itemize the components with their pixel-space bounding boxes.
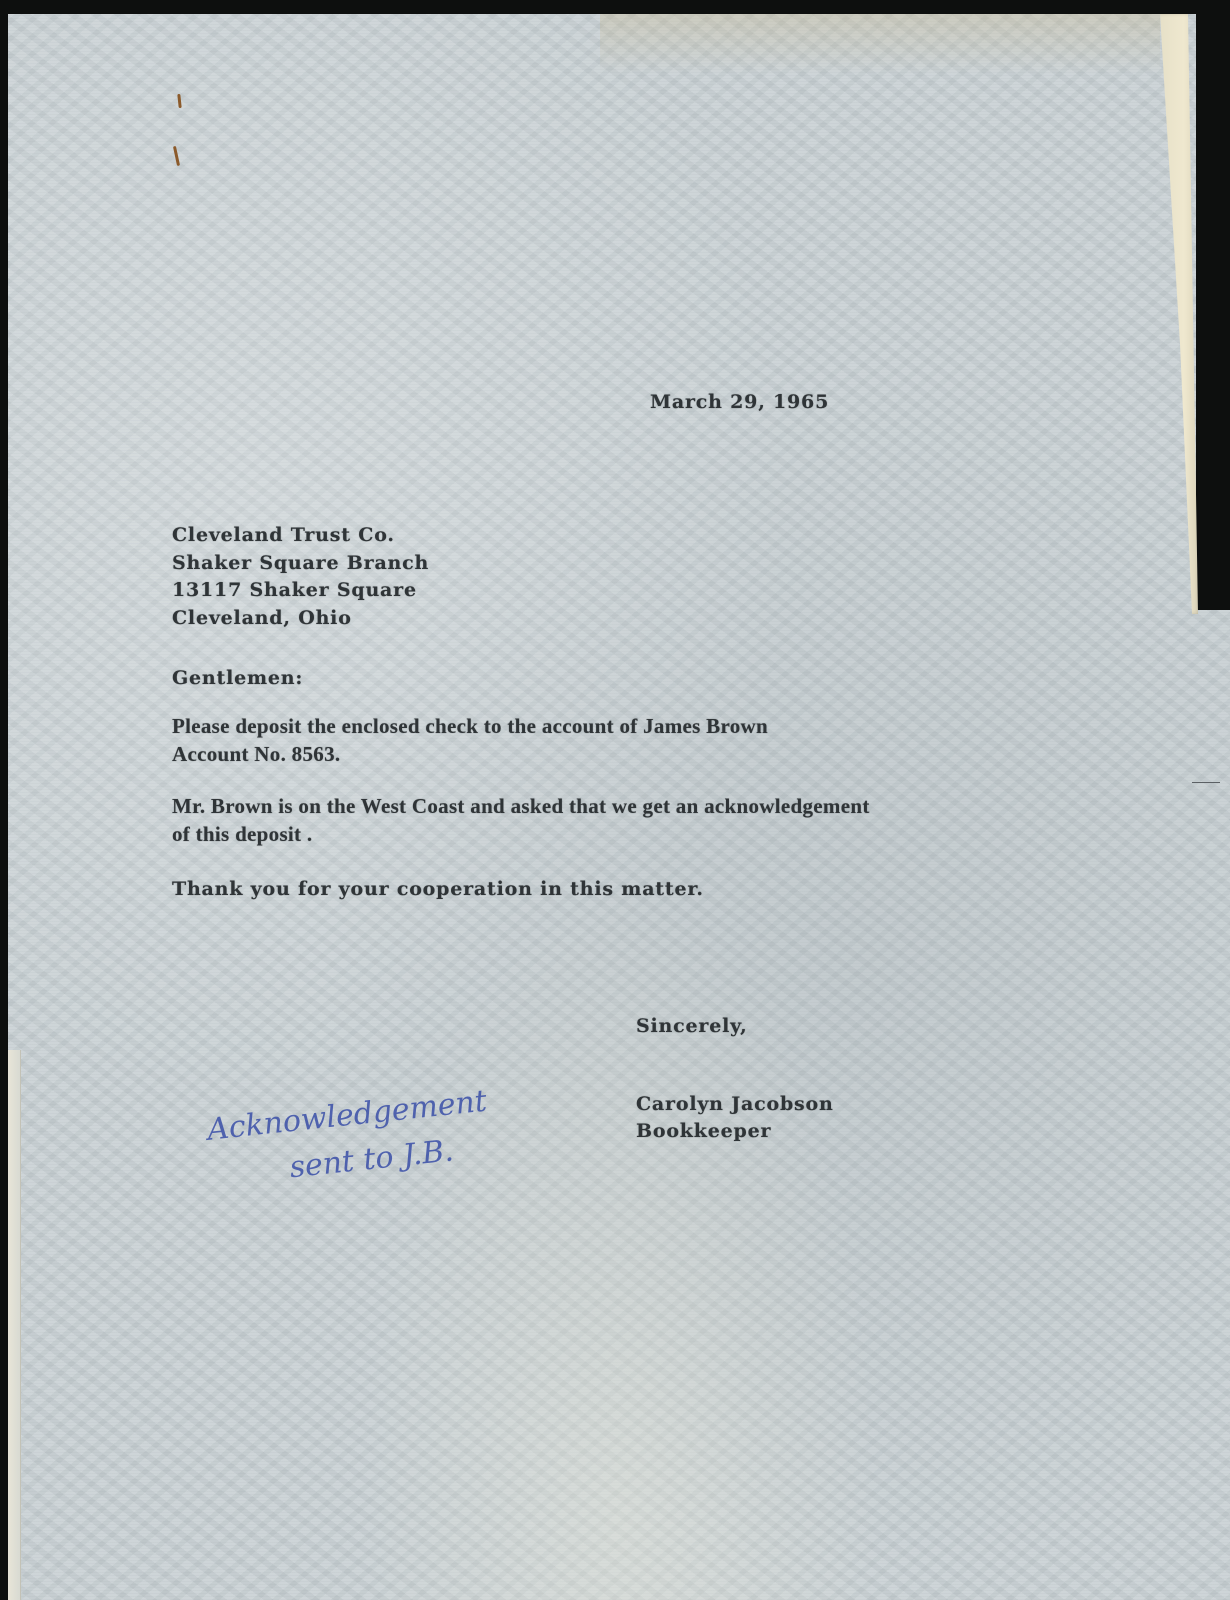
paragraph-line: Thank you for your cooperation in this m… [172, 875, 704, 903]
signer-name: Carolyn Jacobson [636, 1091, 834, 1118]
body-paragraph: Thank you for your cooperation in this m… [172, 875, 704, 903]
scanned-document: March 29, 1965 Cleveland Trust Co. Shake… [0, 0, 1230, 1600]
paragraph-line: of this deposit . [172, 820, 870, 848]
salutation: Gentlemen: [172, 664, 303, 692]
recipient-address: Cleveland Trust Co. Shaker Square Branch… [172, 522, 429, 632]
closing: Sincerely, [636, 1012, 748, 1040]
letter-date: March 29, 1965 [650, 388, 829, 416]
body-paragraph: Mr. Brown is on the West Coast and asked… [172, 792, 870, 848]
paragraph-line: Please deposit the enclosed check to the… [172, 712, 768, 740]
paragraph-line: Mr. Brown is on the West Coast and asked… [172, 792, 870, 820]
address-line: Cleveland Trust Co. [172, 522, 429, 550]
margin-mark [1192, 782, 1220, 783]
scan-background-edge [1196, 14, 1230, 610]
body-paragraph: Please deposit the enclosed check to the… [172, 712, 768, 768]
paragraph-line: Account No. 8563. [172, 740, 768, 768]
paper-left-edge [8, 1050, 21, 1600]
address-line: 13117 Shaker Square [172, 577, 429, 605]
address-line: Shaker Square Branch [172, 550, 429, 578]
signature-block: Carolyn Jacobson Bookkeeper [636, 1091, 834, 1145]
address-line: Cleveland, Ohio [172, 605, 429, 633]
signer-title: Bookkeeper [636, 1118, 834, 1145]
